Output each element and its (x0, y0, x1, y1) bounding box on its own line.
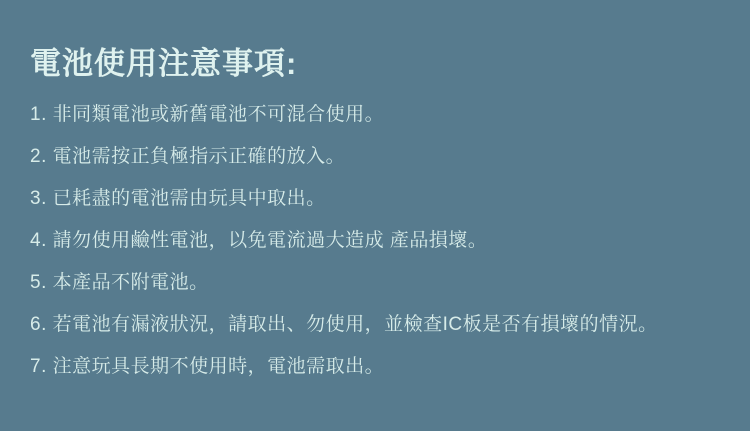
notice-item-5: 5. 本產品不附電池。 (30, 262, 722, 304)
notice-list: 1. 非同類電池或新舊電池不可混合使用。 2. 電池需按正負極指示正確的放入。 … (30, 94, 722, 388)
notice-title: 電池使用注意事項: (30, 44, 722, 84)
notice-item-4: 4. 請勿使用鹼性電池，以免電流過大造成 產品損壞。 (30, 220, 722, 262)
battery-notice-panel: 電池使用注意事項: 1. 非同類電池或新舊電池不可混合使用。 2. 電池需按正負… (0, 0, 750, 431)
notice-item-2: 2. 電池需按正負極指示正確的放入。 (30, 136, 722, 178)
notice-item-1: 1. 非同類電池或新舊電池不可混合使用。 (30, 94, 722, 136)
notice-item-6: 6. 若電池有漏液狀況，請取出、勿使用，並檢查IC板是否有損壞的情況。 (30, 304, 722, 346)
notice-item-7: 7. 注意玩具長期不使用時，電池需取出。 (30, 346, 722, 388)
notice-item-3: 3. 已耗盡的電池需由玩具中取出。 (30, 178, 722, 220)
